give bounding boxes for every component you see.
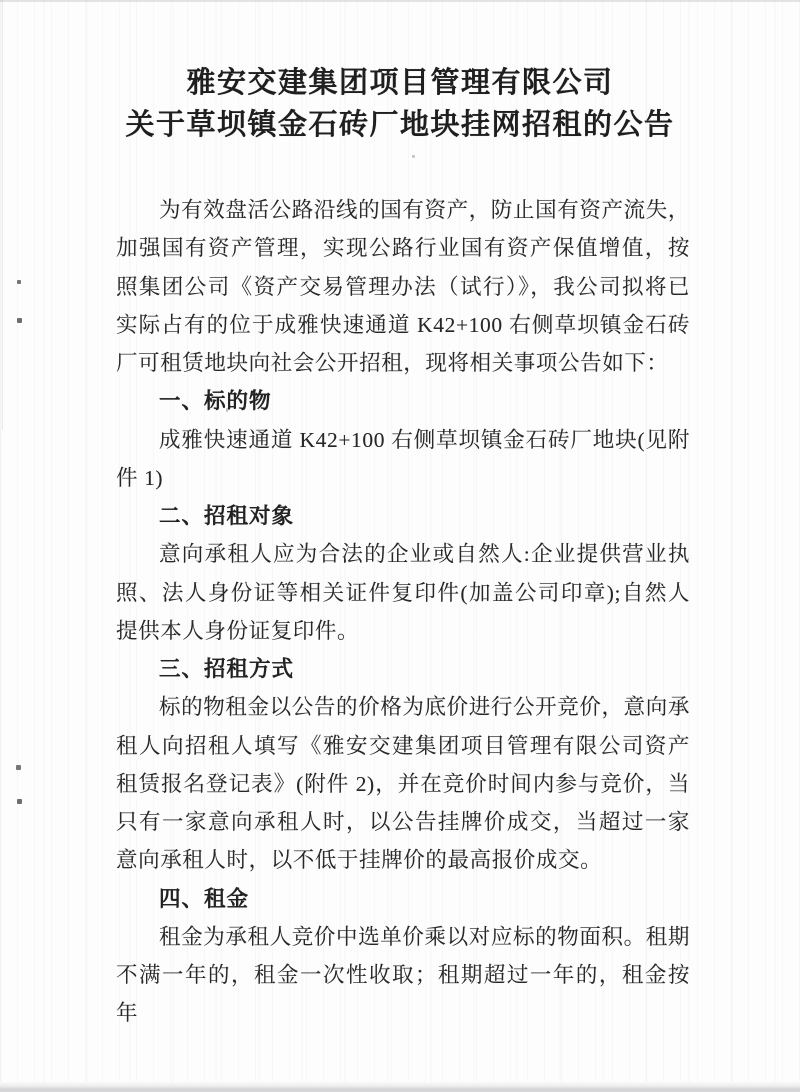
scan-speck	[412, 155, 415, 158]
paragraph-lease-targets: 意向承租人应为合法的企业或自然人:企业提供营业执照、法人身份证等相关证件复印件(…	[116, 535, 690, 650]
section-heading-rent: 四、租金	[116, 880, 690, 918]
scan-bottom-edge	[0, 1082, 800, 1092]
scanned-document-page: 雅安交建集团项目管理有限公司 关于草坝镇金石砖厂地块挂网招租的公告 为有效盘活公…	[0, 0, 800, 1092]
paragraph-lease-method: 标的物租金以公告的价格为底价进行公开竞价，意向承租人向招租人填写《雅安交建集团项…	[116, 688, 690, 879]
scan-left-edge	[2, 0, 3, 430]
document-title-line2: 关于草坝镇金石砖厂地块挂网招租的公告	[0, 104, 800, 146]
section-heading-lease-targets: 二、招租对象	[116, 497, 690, 535]
paragraph-intro: 为有效盘活公路沿线的国有资产，防止国有资产流失，加强国有资产管理，实现公路行业国…	[116, 191, 690, 382]
paragraph-rent: 租金为承租人竞价中选单价乘以对应标的物面积。租期不满一年的，租金一次性收取；租期…	[116, 918, 690, 1033]
scan-top-edge	[0, 0, 800, 2]
document-body: 为有效盘活公路沿线的国有资产，防止国有资产流失，加强国有资产管理，实现公路行业国…	[0, 191, 800, 1033]
document-title-line1: 雅安交建集团项目管理有限公司	[0, 62, 800, 104]
section-heading-lease-method: 三、招租方式	[116, 650, 690, 688]
paragraph-subject-matter: 成雅快速通道 K42+100 右侧草坝镇金石砖厂地块(见附件 1)	[116, 421, 690, 498]
section-heading-subject-matter: 一、标的物	[116, 382, 690, 420]
document-title: 雅安交建集团项目管理有限公司 关于草坝镇金石砖厂地块挂网招租的公告	[0, 0, 800, 146]
